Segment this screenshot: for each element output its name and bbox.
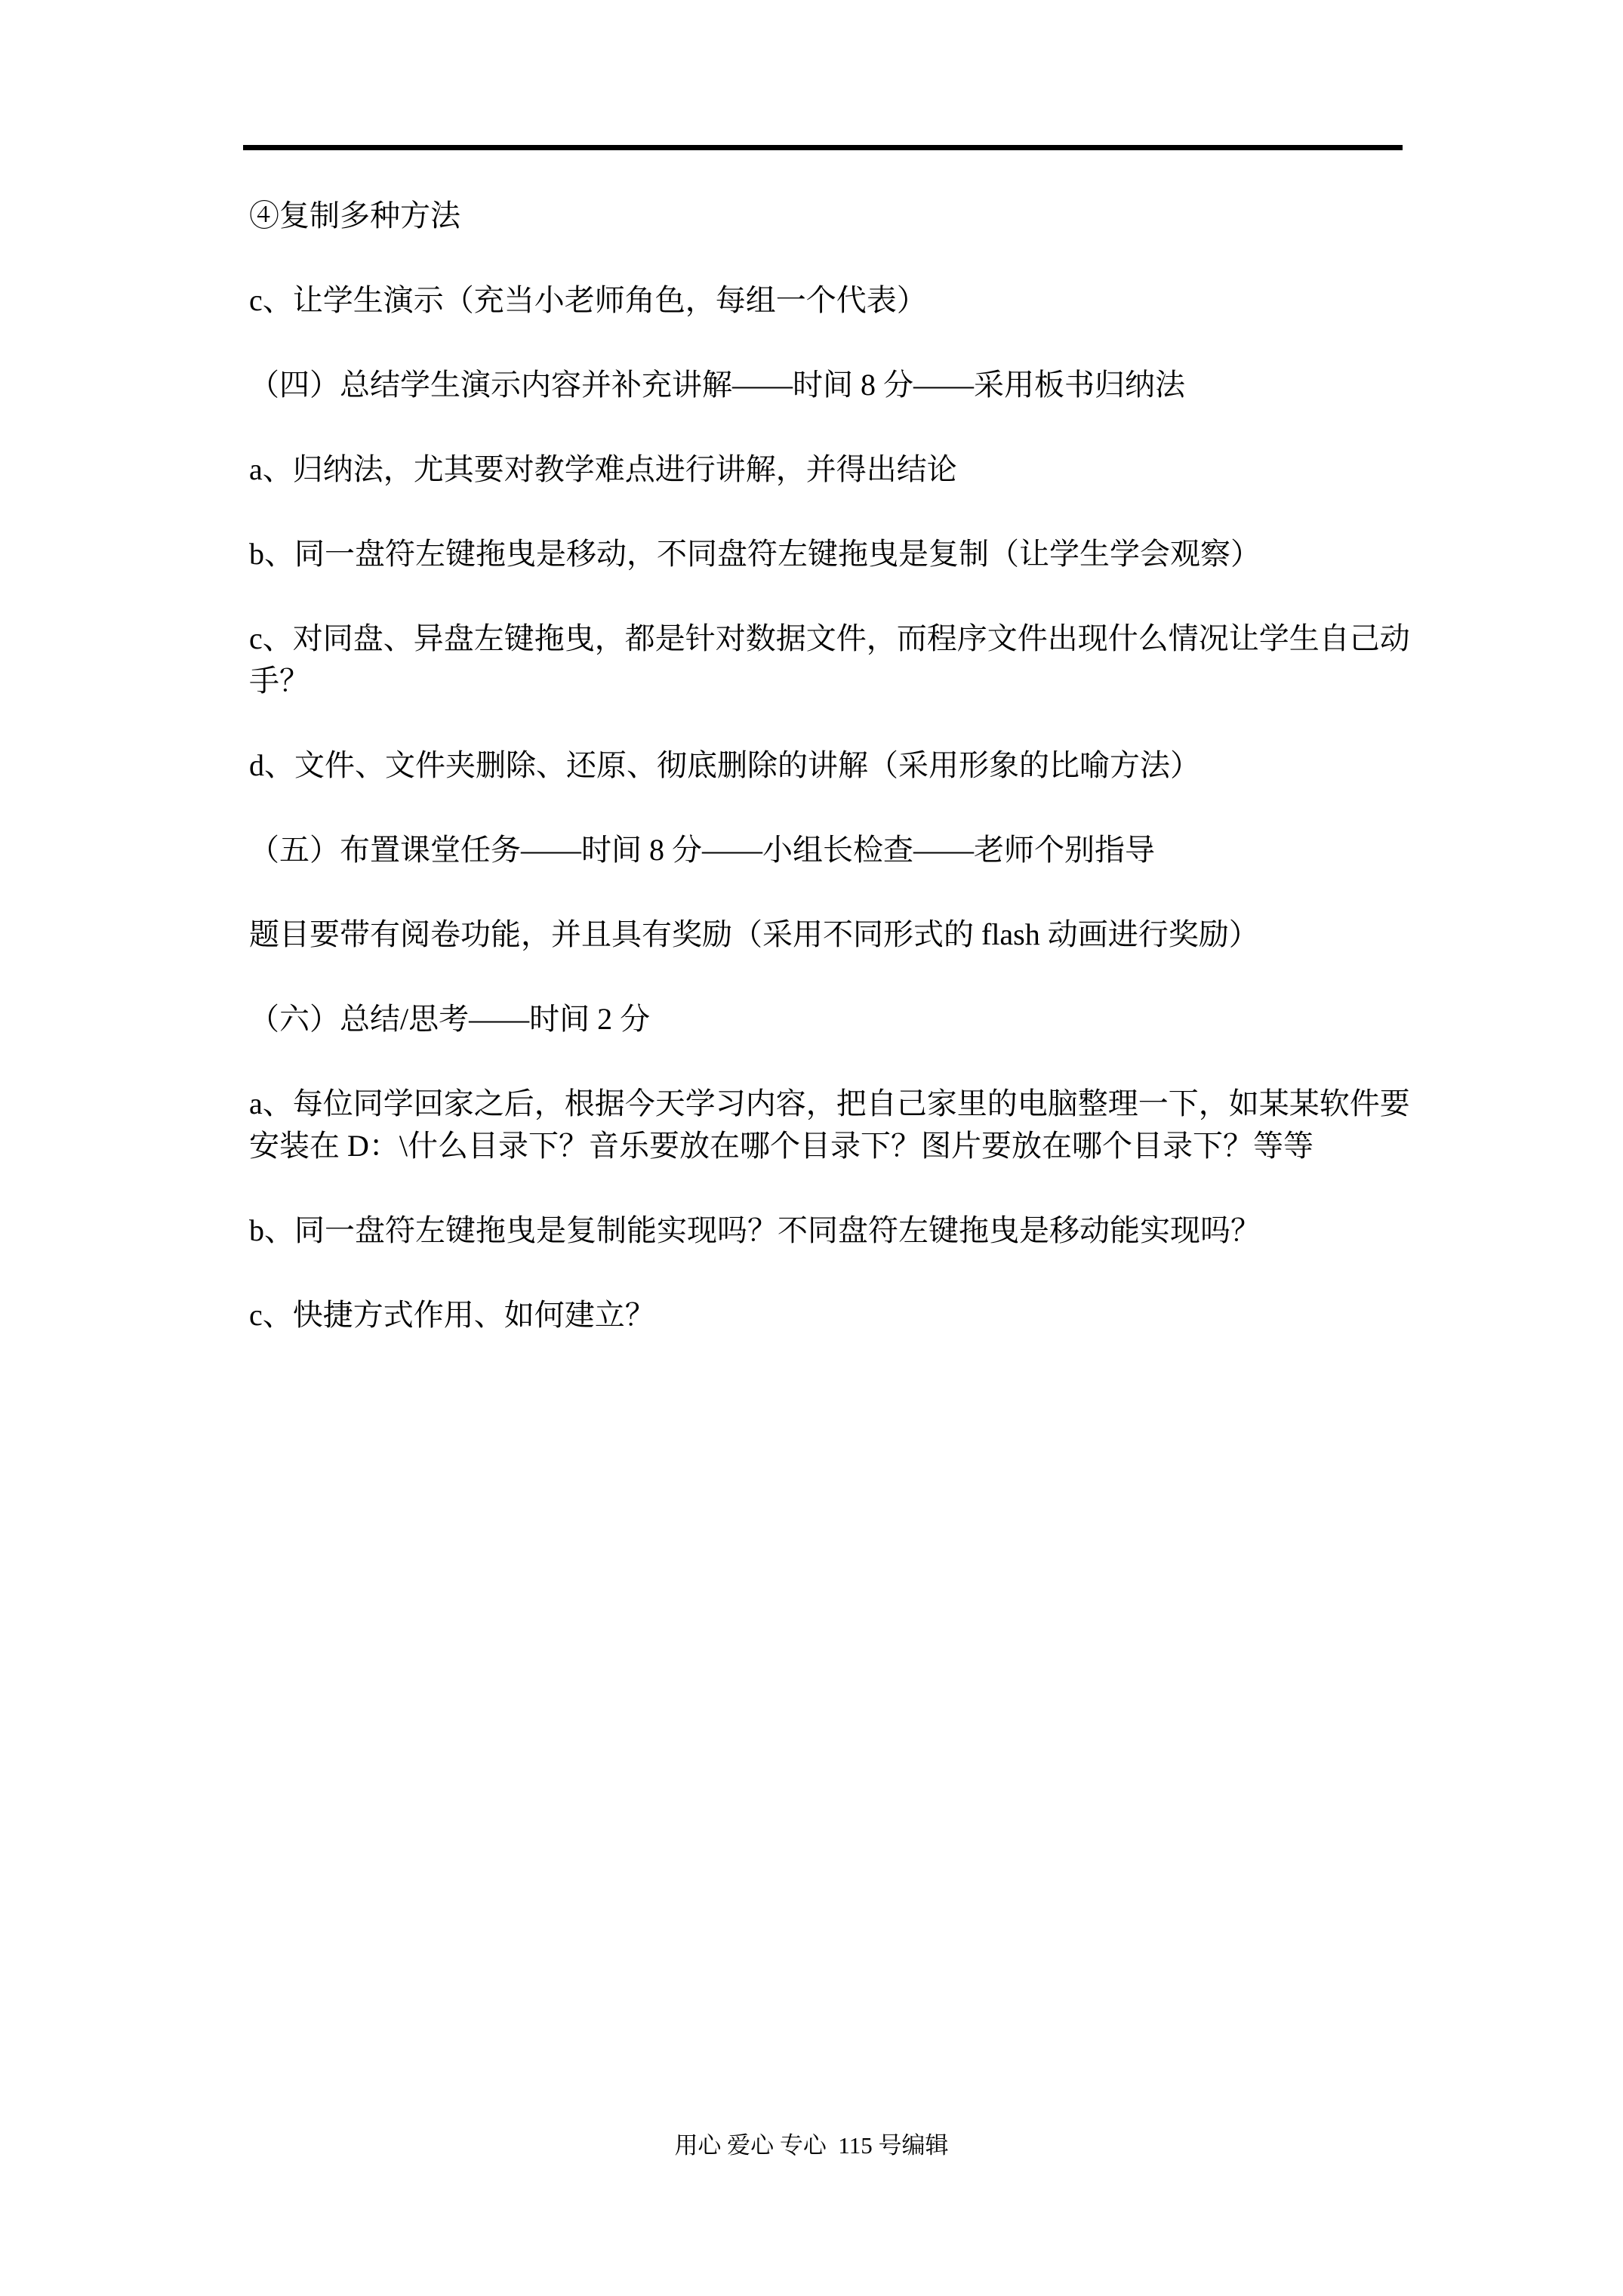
paragraph: b、同一盘符左键拖曳是移动，不同盘符左键拖曳是复制（让学生学会观察） (249, 533, 1427, 575)
paragraph: （五）布置课堂任务——时间 8 分——小组长检查——老师个别指导 (249, 829, 1427, 871)
paragraph: c、让学生演示（充当小老师角色，每组一个代表） (249, 279, 1427, 322)
document-page: ④复制多种方法 c、让学生演示（充当小老师角色，每组一个代表） （四）总结学生演… (0, 0, 1623, 2296)
paragraph: （四）总结学生演示内容并补充讲解——时间 8 分——采用板书归纳法 (249, 364, 1427, 406)
header-rule (243, 145, 1403, 150)
paragraph: a、归纳法，尤其要对教学难点进行讲解，并得出结论 (249, 448, 1427, 491)
paragraph: d、文件、文件夹删除、还原、彻底删除的讲解（采用形象的比喻方法） (249, 744, 1427, 787)
document-body: ④复制多种方法 c、让学生演示（充当小老师角色，每组一个代表） （四）总结学生演… (249, 195, 1427, 1379)
paragraph: ④复制多种方法 (249, 195, 1427, 237)
paragraph: a、每位同学回家之后，根据今天学习内容，把自己家里的电脑整理一下，如某某软件要安… (249, 1083, 1427, 1167)
paragraph: （六）总结/思考——时间 2 分 (249, 998, 1427, 1040)
paragraph: b、同一盘符左键拖曳是复制能实现吗？不同盘符左键拖曳是移动能实现吗？ (249, 1210, 1427, 1252)
paragraph: c、对同盘、异盘左键拖曳，都是针对数据文件，而程序文件出现什么情况让学生自己动手… (249, 618, 1427, 702)
paragraph: c、快捷方式作用、如何建立？ (249, 1294, 1427, 1336)
paragraph: 题目要带有阅卷功能，并且具有奖励（采用不同形式的 flash 动画进行奖励） (249, 914, 1427, 956)
page-footer: 用心 爱心 专心 115 号编辑 (0, 2131, 1623, 2161)
